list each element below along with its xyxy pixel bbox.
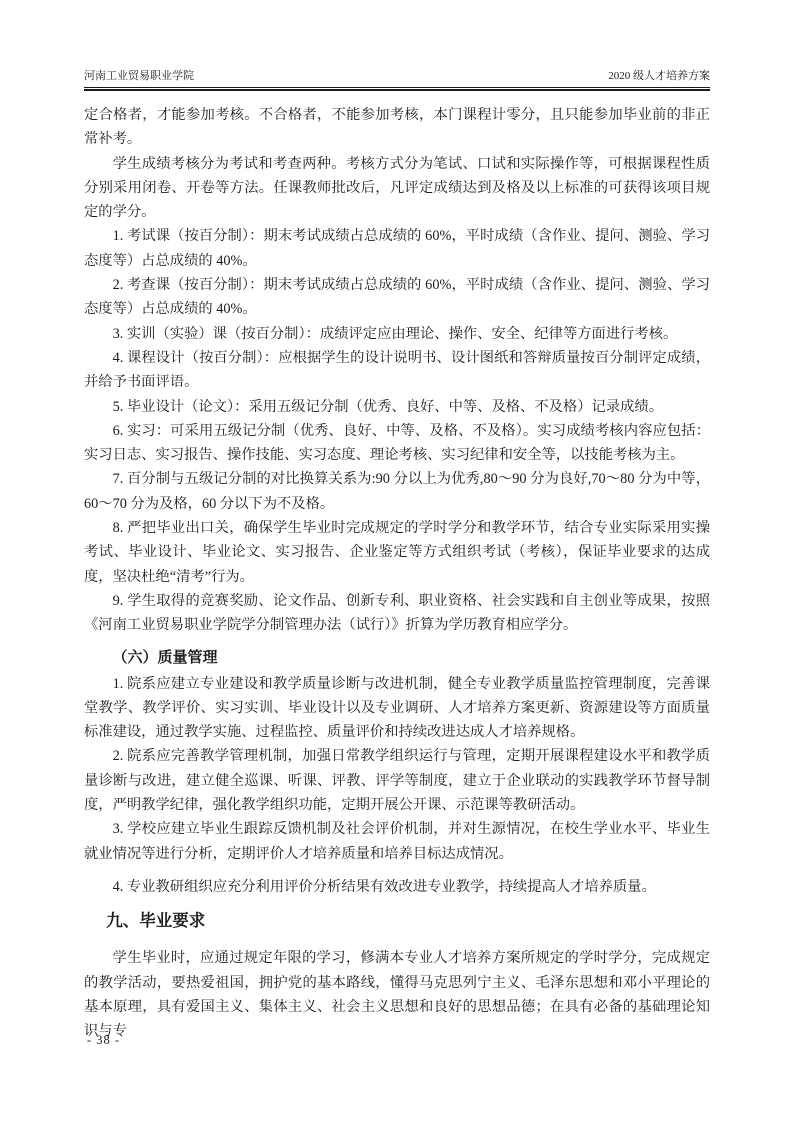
page-header-row: 河南工业贸易职业学院 2020 级人才培养方案: [84, 68, 710, 88]
paragraph: 1. 院系应建立专业建设和教学质量诊断与改进机制，健全专业教学质量监控管理制度，…: [84, 672, 710, 745]
section-heading-quality: （六）质量管理: [84, 645, 710, 670]
paragraph: 2. 考查课（按百分制）：期末考试成绩占总成绩的 60%，平时成绩（含作业、提问…: [84, 273, 710, 322]
paragraph: 定合格者，才能参加考核。不合格者，不能参加考核，本门课程计零分，且只能参加毕业前…: [84, 103, 710, 152]
header-school-name: 河南工业贸易职业学院: [84, 68, 194, 84]
page-body: 定合格者，才能参加考核。不合格者，不能参加考核，本门课程计零分，且只能参加毕业前…: [84, 103, 710, 1043]
paragraph: 4. 专业教研组织应充分利用评价分析结果有效改进专业教学，持续提高人才培养质量。: [84, 875, 710, 899]
page-header: 河南工业贸易职业学院 2020 级人才培养方案: [84, 68, 710, 91]
paragraph: 9. 学生取得的竞赛奖励、论文作品、创新专利、职业资格、社会实践和自主创业等成果…: [84, 589, 710, 638]
paragraph: 8. 严把毕业出口关，确保学生毕业时完成规定的学时学分和教学环节，结合专业实际采…: [84, 516, 710, 589]
header-plan-edition: 2020 级人才培养方案: [608, 68, 710, 84]
page-footer: - 38 -: [87, 1031, 120, 1049]
paragraph: 2. 院系应完善教学管理机制，加强日常教学组织运行与管理，定期开展课程建设水平和…: [84, 744, 710, 817]
paragraph: 7. 百分制与五级记分制的对比换算关系为:90 分以上为优秀,80～90 分为良…: [84, 467, 710, 516]
header-rule: [84, 89, 710, 91]
paragraph: 1. 考试课（按百分制）：期末考试成绩占总成绩的 60%，平时成绩（含作业、提问…: [84, 224, 710, 273]
paragraph: 6. 实习：可采用五级记分制（优秀、良好、中等、及格、不及格）。实习成绩考核内容…: [84, 419, 710, 468]
paragraph: 3. 学校应建立毕业生跟踪反馈机制及社会评价机制，并对生源情况，在校生学业水平、…: [84, 817, 710, 866]
paragraph: 5. 毕业设计（论文）：采用五级记分制（优秀、良好、中等、及格、不及格）记录成绩…: [84, 395, 710, 419]
page-number: - 38 -: [87, 1033, 120, 1047]
paragraph: 3. 实训（实验）课（按百分制）：成绩评定应由理论、操作、安全、纪律等方面进行考…: [84, 322, 710, 346]
paragraph: 学生成绩考核分为考试和考查两种。考核方式分为笔试、口试和实际操作等，可根据课程性…: [84, 152, 710, 225]
document-page: 河南工业贸易职业学院 2020 级人才培养方案 定合格者，才能参加考核。不合格者…: [0, 0, 793, 1122]
paragraph: 4. 课程设计（按百分制）：应根据学生的设计说明书、设计图纸和答辩质量按百分制评…: [84, 346, 710, 395]
paragraph: 学生毕业时，应通过规定年限的学习，修满本专业人才培养方案所规定的学时学分，完成规…: [84, 946, 710, 1043]
chapter-heading-graduation: 九、毕业要求: [84, 908, 710, 934]
